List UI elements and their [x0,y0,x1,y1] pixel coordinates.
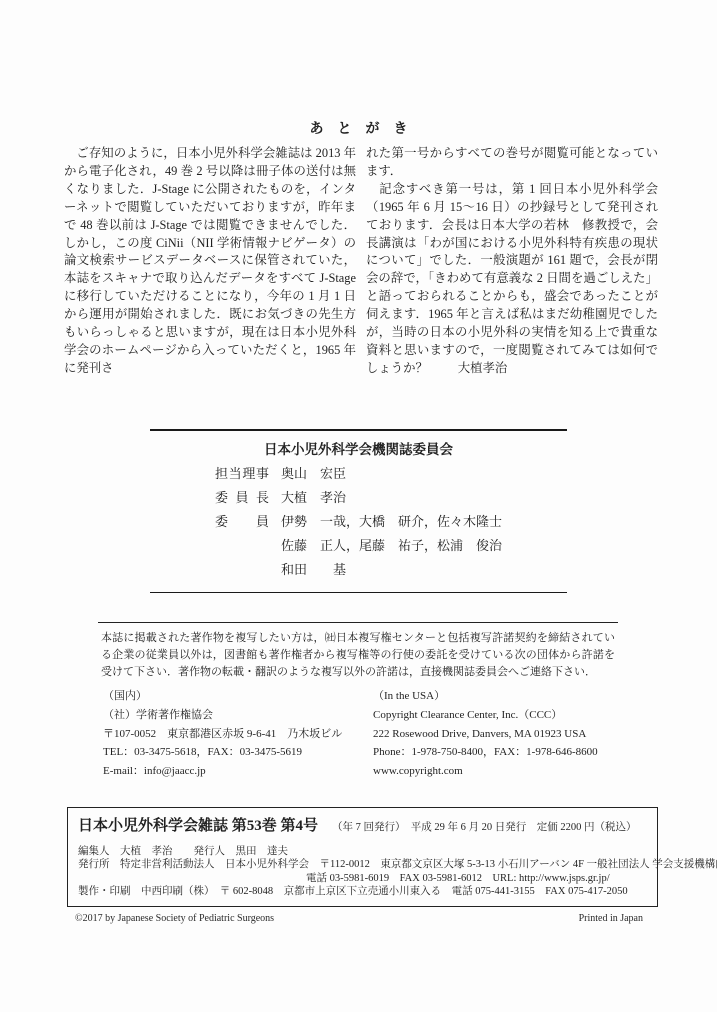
contact-usa: （In the USA） Copyright Clearance Center,… [373,687,598,780]
colophon-title-row: 日本小児外科学会雑誌 第53巻 第4号 （年 7 回発行） 平成 29 年 6 … [78,817,647,837]
afterword-paragraph-2-text: 記念すべき第一号は，第 1 回日本小児外科学会（1965 年 6 月 15～16… [366,182,658,375]
committee-role [215,534,269,558]
publishing-office-line: 発行所 特定非営利活動法人 日本小児外科学会 〒112-0012 東京都文京区大… [78,858,647,871]
committee-row: 佐藤 正人，尾藤 祐子，松浦 俊治 [215,534,567,558]
committee-role [215,558,269,582]
committee-row: 和田 基 [215,558,567,582]
committee-names: 伊勢 一哉，大橋 研介，佐々木隆士 [281,510,502,534]
committee-section: 日本小児外科学会機関誌委員会 担当理事 奥山 宏臣 委員長 大植 孝治 委員 伊… [150,429,567,593]
contact-domestic-org: （社）学術著作権協会 [103,706,371,725]
contact-domestic: （国内） （社）学術著作権協会 〒107-0052 東京都港区赤坂 9-6-41… [103,687,371,780]
printer-line: 製作・印刷 中西印刷（株） 〒 602-8048 京都市上京区下立売通小川東入る… [78,885,647,898]
committee-row: 委員 伊勢 一哉，大橋 研介，佐々木隆士 [215,510,567,534]
contact-usa-website: www.copyright.com [373,762,598,781]
contact-domestic-heading: （国内） [103,687,371,706]
page-footer: ©2017 by Japanese Society of Pediatric S… [75,913,643,924]
committee-names: 大植 孝治 [281,486,346,510]
reprography-contacts: （国内） （社）学術著作権協会 〒107-0052 東京都港区赤坂 9-6-41… [98,687,618,780]
footer-printed-in: Printed in Japan [579,913,643,924]
contact-domestic-tel-fax: TEL：03-3475-5618，FAX：03-3475-5619 [103,743,371,762]
issue-info: （年 7 回発行） 平成 29 年 6 月 20 日発行 定価 2200 円（税… [332,818,637,837]
committee-role: 委員長 [215,486,269,510]
afterword-left-column: ご存知のように，日本小児外科学会雑誌は 2013 年から電子化され，49 巻 2… [64,145,356,378]
committee-names: 奥山 宏臣 [281,462,346,486]
contact-usa-address: 222 Rosewood Drive, Danvers, MA 01923 US… [373,725,598,744]
committee-member-list: 担当理事 奥山 宏臣 委員長 大植 孝治 委員 伊勢 一哉，大橋 研介，佐々木隆… [150,462,567,582]
author-signature: 大植孝治 [458,361,508,375]
footer-copyright: ©2017 by Japanese Society of Pediatric S… [75,913,274,924]
contact-usa-org: Copyright Clearance Center, Inc.（CCC） [373,706,598,725]
committee-heading: 日本小児外科学会機関誌委員会 [150,438,567,458]
committee-names: 和田 基 [281,558,346,582]
afterword-paragraph-1-continued: れた第一号からすべての巻号が閲覧可能となっています． [366,145,658,181]
reprography-notice-text: 本誌に掲載された著作物を複写したい方は，㈳日本複写権センターと包括複写許諾契約を… [101,630,615,680]
committee-row: 委員長 大植 孝治 [215,486,567,510]
publishing-office-contact-line: 電話 03-5981-6019 FAX 03-5981-6012 URL: ht… [78,872,647,885]
committee-role: 担当理事 [215,462,269,486]
editor-publisher-line: 編集人 大植 孝治 発行人 黒田 達夫 [78,845,647,858]
colophon-box: 日本小児外科学会雑誌 第53巻 第4号 （年 7 回発行） 平成 29 年 6 … [67,807,658,907]
afterword-body: ご存知のように，日本小児外科学会雑誌は 2013 年から電子化され，49 巻 2… [64,145,658,378]
committee-role: 委員 [215,510,269,534]
journal-title: 日本小児外科学会雑誌 第53巻 第4号 [78,817,318,836]
afterword-right-column: れた第一号からすべての巻号が閲覧可能となっています． 記念すべき第一号は，第 1… [366,145,658,378]
afterword-paragraph-1: ご存知のように，日本小児外科学会雑誌は 2013 年から電子化され，49 巻 2… [64,145,356,378]
contact-domestic-email: E-mail：info@jaacc.jp [103,762,371,781]
colophon-details: 編集人 大植 孝治 発行人 黒田 達夫 発行所 特定非営利活動法人 日本小児外科… [78,845,647,899]
afterword-paragraph-2: 記念すべき第一号は，第 1 回日本小児外科学会（1965 年 6 月 15～16… [366,181,658,378]
contact-domestic-address: 〒107-0052 東京都港区赤坂 9-6-41 乃木坂ビル [103,725,371,744]
contact-usa-heading: （In the USA） [373,687,598,706]
committee-names: 佐藤 正人，尾藤 祐子，松浦 俊治 [281,534,502,558]
reprography-notice-section: 本誌に掲載された著作物を複写したい方は，㈳日本複写権センターと包括複写許諾契約を… [98,622,618,780]
contact-usa-phone-fax: Phone：1-978-750-8400，FAX：1-978-646-8600 [373,743,598,762]
page-title: あ と が き [0,118,717,138]
journal-afterword-page: あ と が き ご存知のように，日本小児外科学会雑誌は 2013 年から電子化さ… [0,0,717,1012]
committee-row: 担当理事 奥山 宏臣 [215,462,567,486]
